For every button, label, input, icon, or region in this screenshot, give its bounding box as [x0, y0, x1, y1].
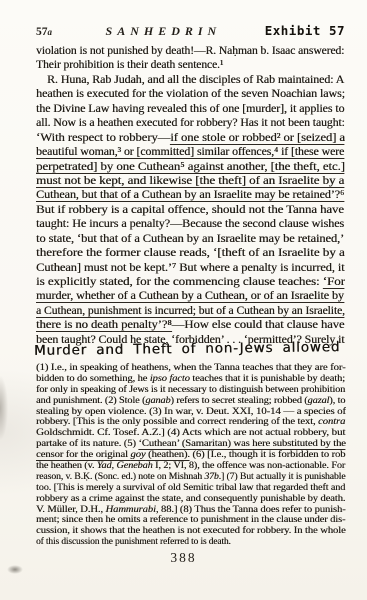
text-line: all. Now is a heathen executed for robbe…: [36, 116, 345, 130]
text-line: Cuthean] must not be kept.’⁷ But where a…: [36, 261, 345, 275]
footnote-line: of this discussion the punishment referr…: [36, 537, 346, 548]
text-line: R. Huna, Rab Judah, and all the disciple…: [36, 73, 345, 87]
text-line: therefore the former clause reads, ‘[the…: [36, 246, 345, 260]
text-line: taught: He incurs a penalty?—Because the…: [36, 217, 345, 231]
footnote-line: the heathen (v. Yad, Genebah I, 2; VI, 8…: [36, 461, 346, 472]
text-line: heathen is executed for the violation of…: [36, 87, 345, 101]
text-line: is explicitly stated, for the commencing…: [36, 275, 345, 289]
text-line: must not be kept, and likewise [the thef…: [36, 174, 345, 188]
footnote-line: robbery. [This is the only possible and …: [36, 417, 346, 428]
body-text: violation is not punished by death!—R. N…: [36, 44, 345, 347]
text-line: there is no death penalty’?⁸—How else co…: [36, 318, 345, 332]
scanned-book-page: 57a SANHEDRIN Exhibit 57 violation is no…: [0, 0, 367, 600]
footnote-line: cussion, it shows that the heathen is no…: [36, 526, 346, 537]
text-line: beautiful woman,³ or [committed] similar…: [36, 145, 345, 159]
exhibit-stamp: Exhibit 57: [265, 23, 345, 38]
handwritten-annotation-text: Murder and Theft of non-Jews allowed: [34, 339, 340, 359]
text-line: murder, whether of a Cuthean by a Cuthea…: [36, 289, 345, 303]
text-line: the Divine Law having revealed this of o…: [36, 102, 345, 116]
footnote-line: censor for the original goy (heathen). (…: [36, 450, 346, 461]
scan-artifact-speck: [7, 565, 23, 574]
text-line: perpetrated] by one Cuthean⁵ against ano…: [36, 160, 345, 174]
text-line: to state, ‘but that of a Cuthean by an I…: [36, 232, 345, 246]
text-line: violation is not punished by death!—R. N…: [36, 44, 345, 58]
handwritten-annotation: Murder and Theft of non-Jews allowed: [34, 339, 341, 361]
text-line: a Cuthean, punishment is incurred; but o…: [36, 304, 345, 318]
footnote-line: Goldschmidt. Cf. Tosef. A.Z.] (4) Acts w…: [36, 428, 346, 439]
text-line: Their prohibition is their death sentenc…: [36, 58, 345, 72]
footnote-line: V. Müller, D.H., Hammurabi, 88.] (8) Thu…: [36, 505, 346, 516]
footnote-line: (1) I.e., in speaking of heathens, when …: [36, 363, 346, 374]
scan-artifact-smudge: [0, 376, 8, 440]
footnote-line: ment; since then he omits a reference to…: [36, 515, 346, 526]
text-line: But if robbery is a capital offence, sho…: [36, 203, 345, 217]
footnote-line: for only in speaking of Jews is it neces…: [36, 385, 346, 396]
page-number: 388: [0, 550, 367, 566]
footnote-line: too. [This is merely a survival of old S…: [36, 483, 346, 494]
footnote-line: reason, v. B.Ḳ. (Sonc. ed.) note on Mish…: [36, 472, 346, 483]
footnotes: (1) I.e., in speaking of heathens, when …: [36, 363, 346, 548]
footnote-line: robbery as a crime against the state, an…: [36, 494, 346, 505]
book-title: SANHEDRIN: [52, 24, 265, 39]
text-line: ‘With respect to robbery—if one stole or…: [36, 131, 345, 145]
page-header: 57a SANHEDRIN Exhibit 57: [36, 23, 345, 39]
text-line: Cuthean, but that of a Cuthean by an Isr…: [36, 188, 345, 202]
footnote-line: stealing by open violence. (3) In war, v…: [36, 407, 346, 418]
footnote-line: bidden to do something, he ipso facto te…: [36, 374, 346, 385]
folio-label: 57a: [36, 26, 52, 38]
footnote-line: partake of its nature. (5) ‘Cuthean’ (Sa…: [36, 439, 346, 450]
footnote-line: and punishment. (2) Stole (ganab) refers…: [36, 396, 346, 407]
